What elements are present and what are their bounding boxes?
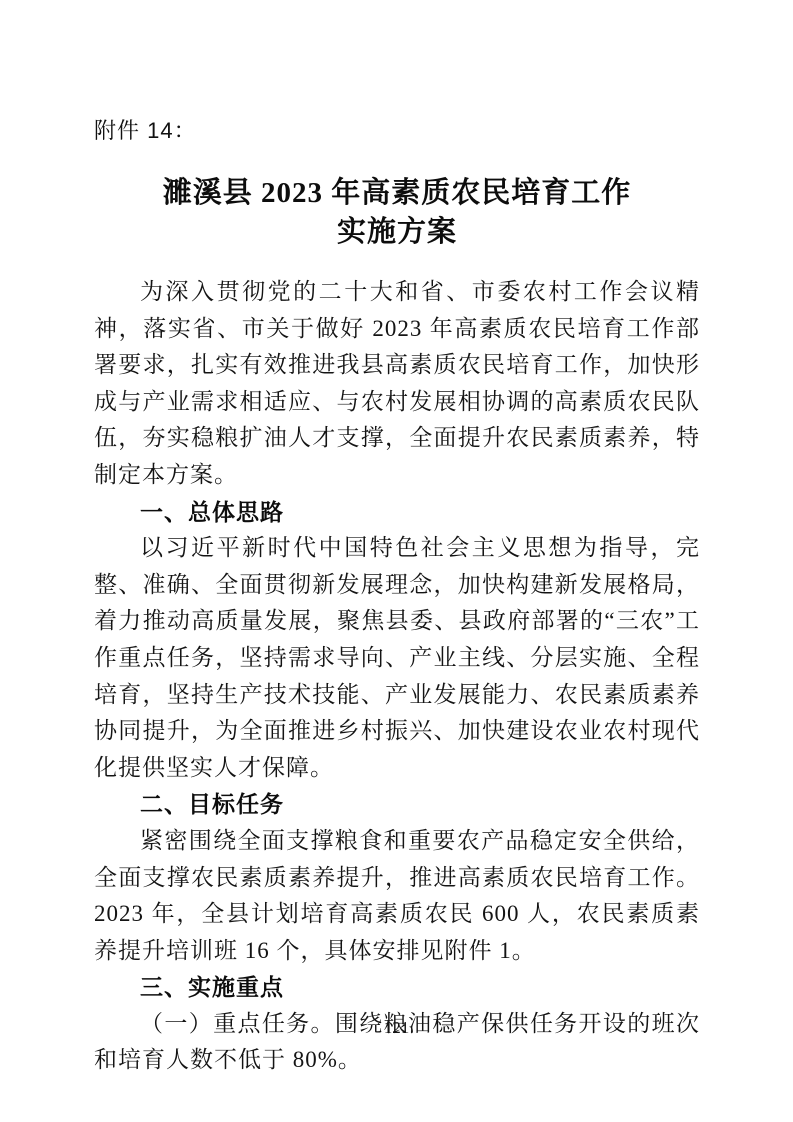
heading-goals-tasks: 二、目标任务 [94, 786, 700, 823]
paragraph-goals-tasks: 紧密围绕全面支撑粮食和重要农产品稳定安全供给，全面支撑农民素质素养提升，推进高素… [94, 823, 700, 969]
document-content: 附件 14： 濉溪县 2023 年高素质农民培育工作 实施方案 为深入贯彻党的二… [94, 0, 700, 1079]
document-page: 附件 14： 濉溪县 2023 年高素质农民培育工作 实施方案 为深入贯彻党的二… [0, 0, 793, 1122]
document-title-line2: 实施方案 [94, 213, 700, 252]
heading-overall-approach: 一、总体思路 [94, 494, 700, 531]
paragraph-overall-approach: 以习近平新时代中国特色社会主义思想为指导，完整、准确、全面贯彻新发展理念，加快构… [94, 530, 700, 786]
paragraph-intro: 为深入贯彻党的二十大和省、市委农村工作会议精神，落实省、市关于做好 2023 年… [94, 274, 700, 494]
page-number: 121 [0, 1019, 793, 1036]
document-body: 为深入贯彻党的二十大和省、市委农村工作会议精神，落实省、市关于做好 2023 年… [94, 274, 700, 1079]
attachment-label: 附件 14： [94, 120, 700, 142]
document-title-line1: 濉溪县 2023 年高素质农民培育工作 [94, 174, 700, 213]
paragraph-key-tasks: （一）重点任务。围绕粮油稳产保供任务开设的班次和培育人数不低于 80%。 [94, 1006, 700, 1079]
heading-implementation-focus: 三、实施重点 [94, 969, 700, 1006]
document-title: 濉溪县 2023 年高素质农民培育工作 实施方案 [94, 174, 700, 252]
